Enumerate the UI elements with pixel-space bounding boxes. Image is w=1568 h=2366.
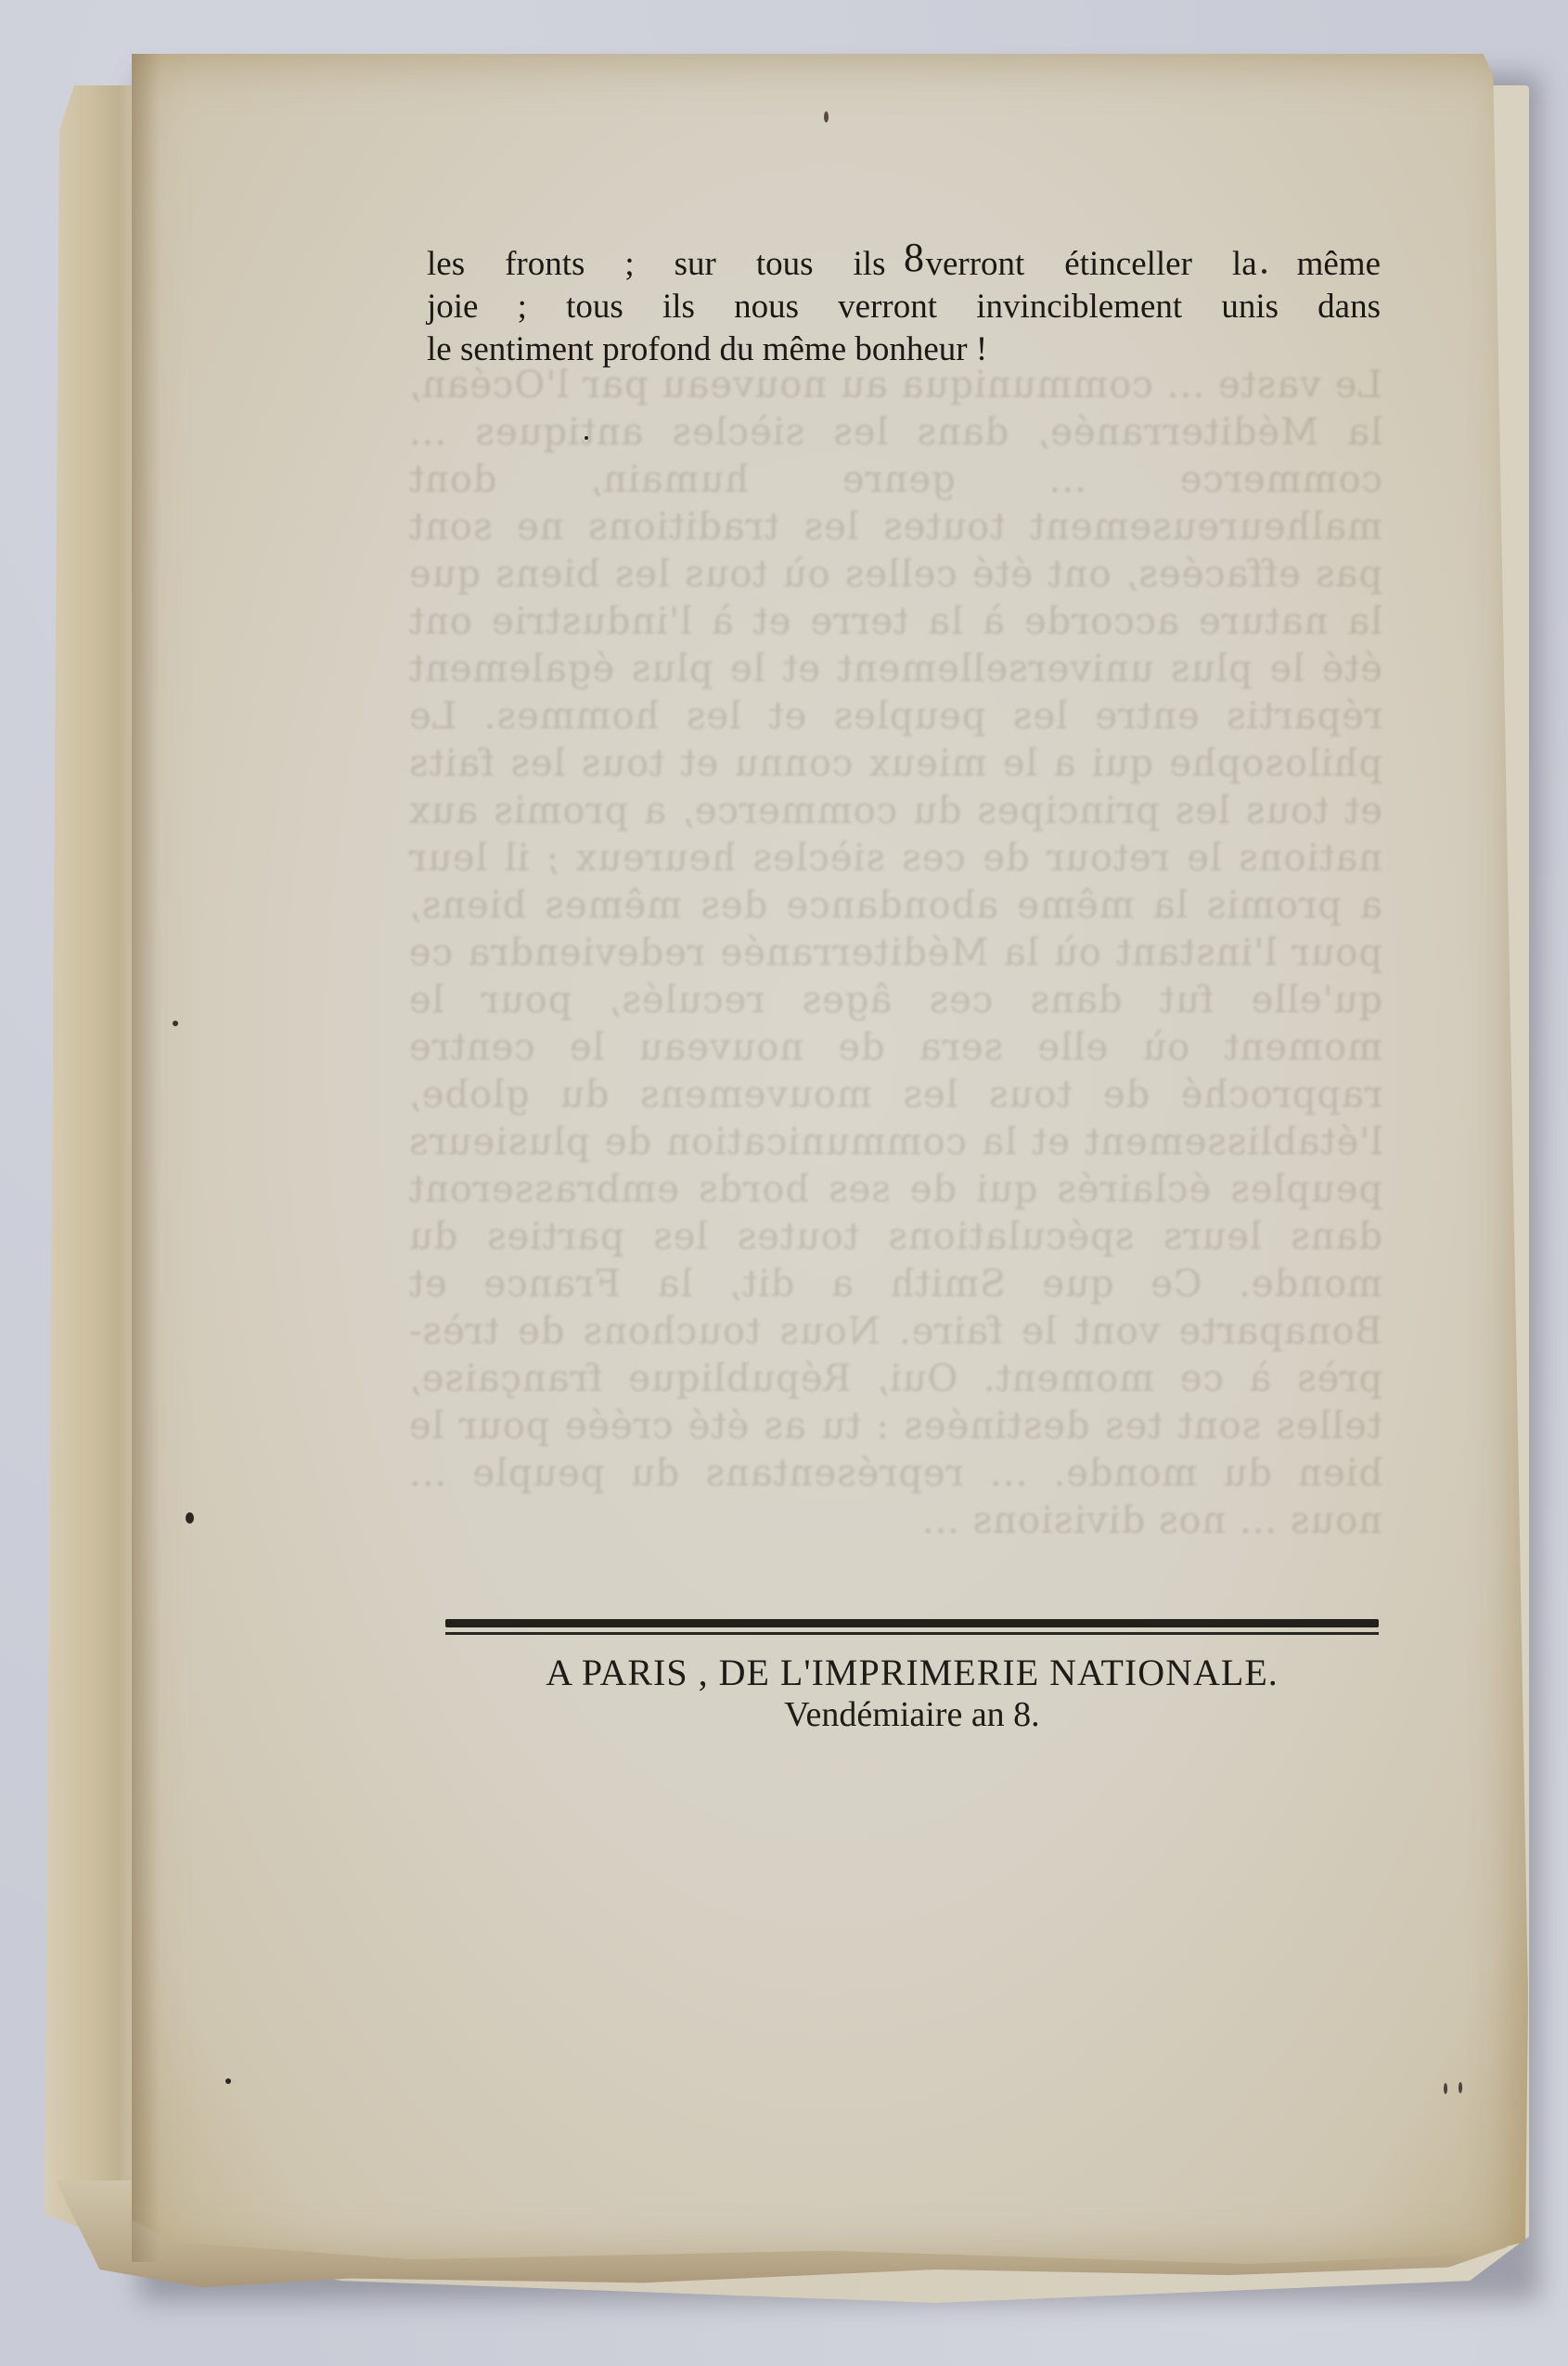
bleed-through-text: Le vaste ... communiqua au nouveau par l… [408, 362, 1382, 1735]
imprint-rule-thick [445, 1619, 1379, 1627]
body-text: les fronts ; sur tous ils verront étince… [427, 243, 1381, 371]
paper-speck [1444, 2083, 1447, 2094]
paper-speck [824, 111, 829, 122]
paper-speck [225, 2078, 231, 2084]
gutter-stain [132, 54, 160, 2262]
imprint-printer: A PARIS , DE L'IMPRIMERIE NATIONALE. [445, 1652, 1379, 1694]
imprint-rule-thin [445, 1632, 1379, 1635]
paper-speck [186, 1512, 194, 1524]
paper-speck [585, 436, 588, 440]
body-line: les fronts ; sur tous ils verront étince… [427, 243, 1381, 286]
paper-speck [173, 1021, 178, 1026]
paper-speck [1459, 2082, 1462, 2093]
body-line: le sentiment profond du même bonheur ! [427, 328, 1381, 371]
imprint: A PARIS , DE L'IMPRIMERIE NATIONALE. Ven… [445, 1652, 1379, 1735]
body-line: joie ; tous ils nous verront invinciblem… [427, 286, 1381, 328]
paper-speck [1262, 269, 1266, 274]
imprint-date: Vendémiaire an 8. [445, 1694, 1379, 1735]
